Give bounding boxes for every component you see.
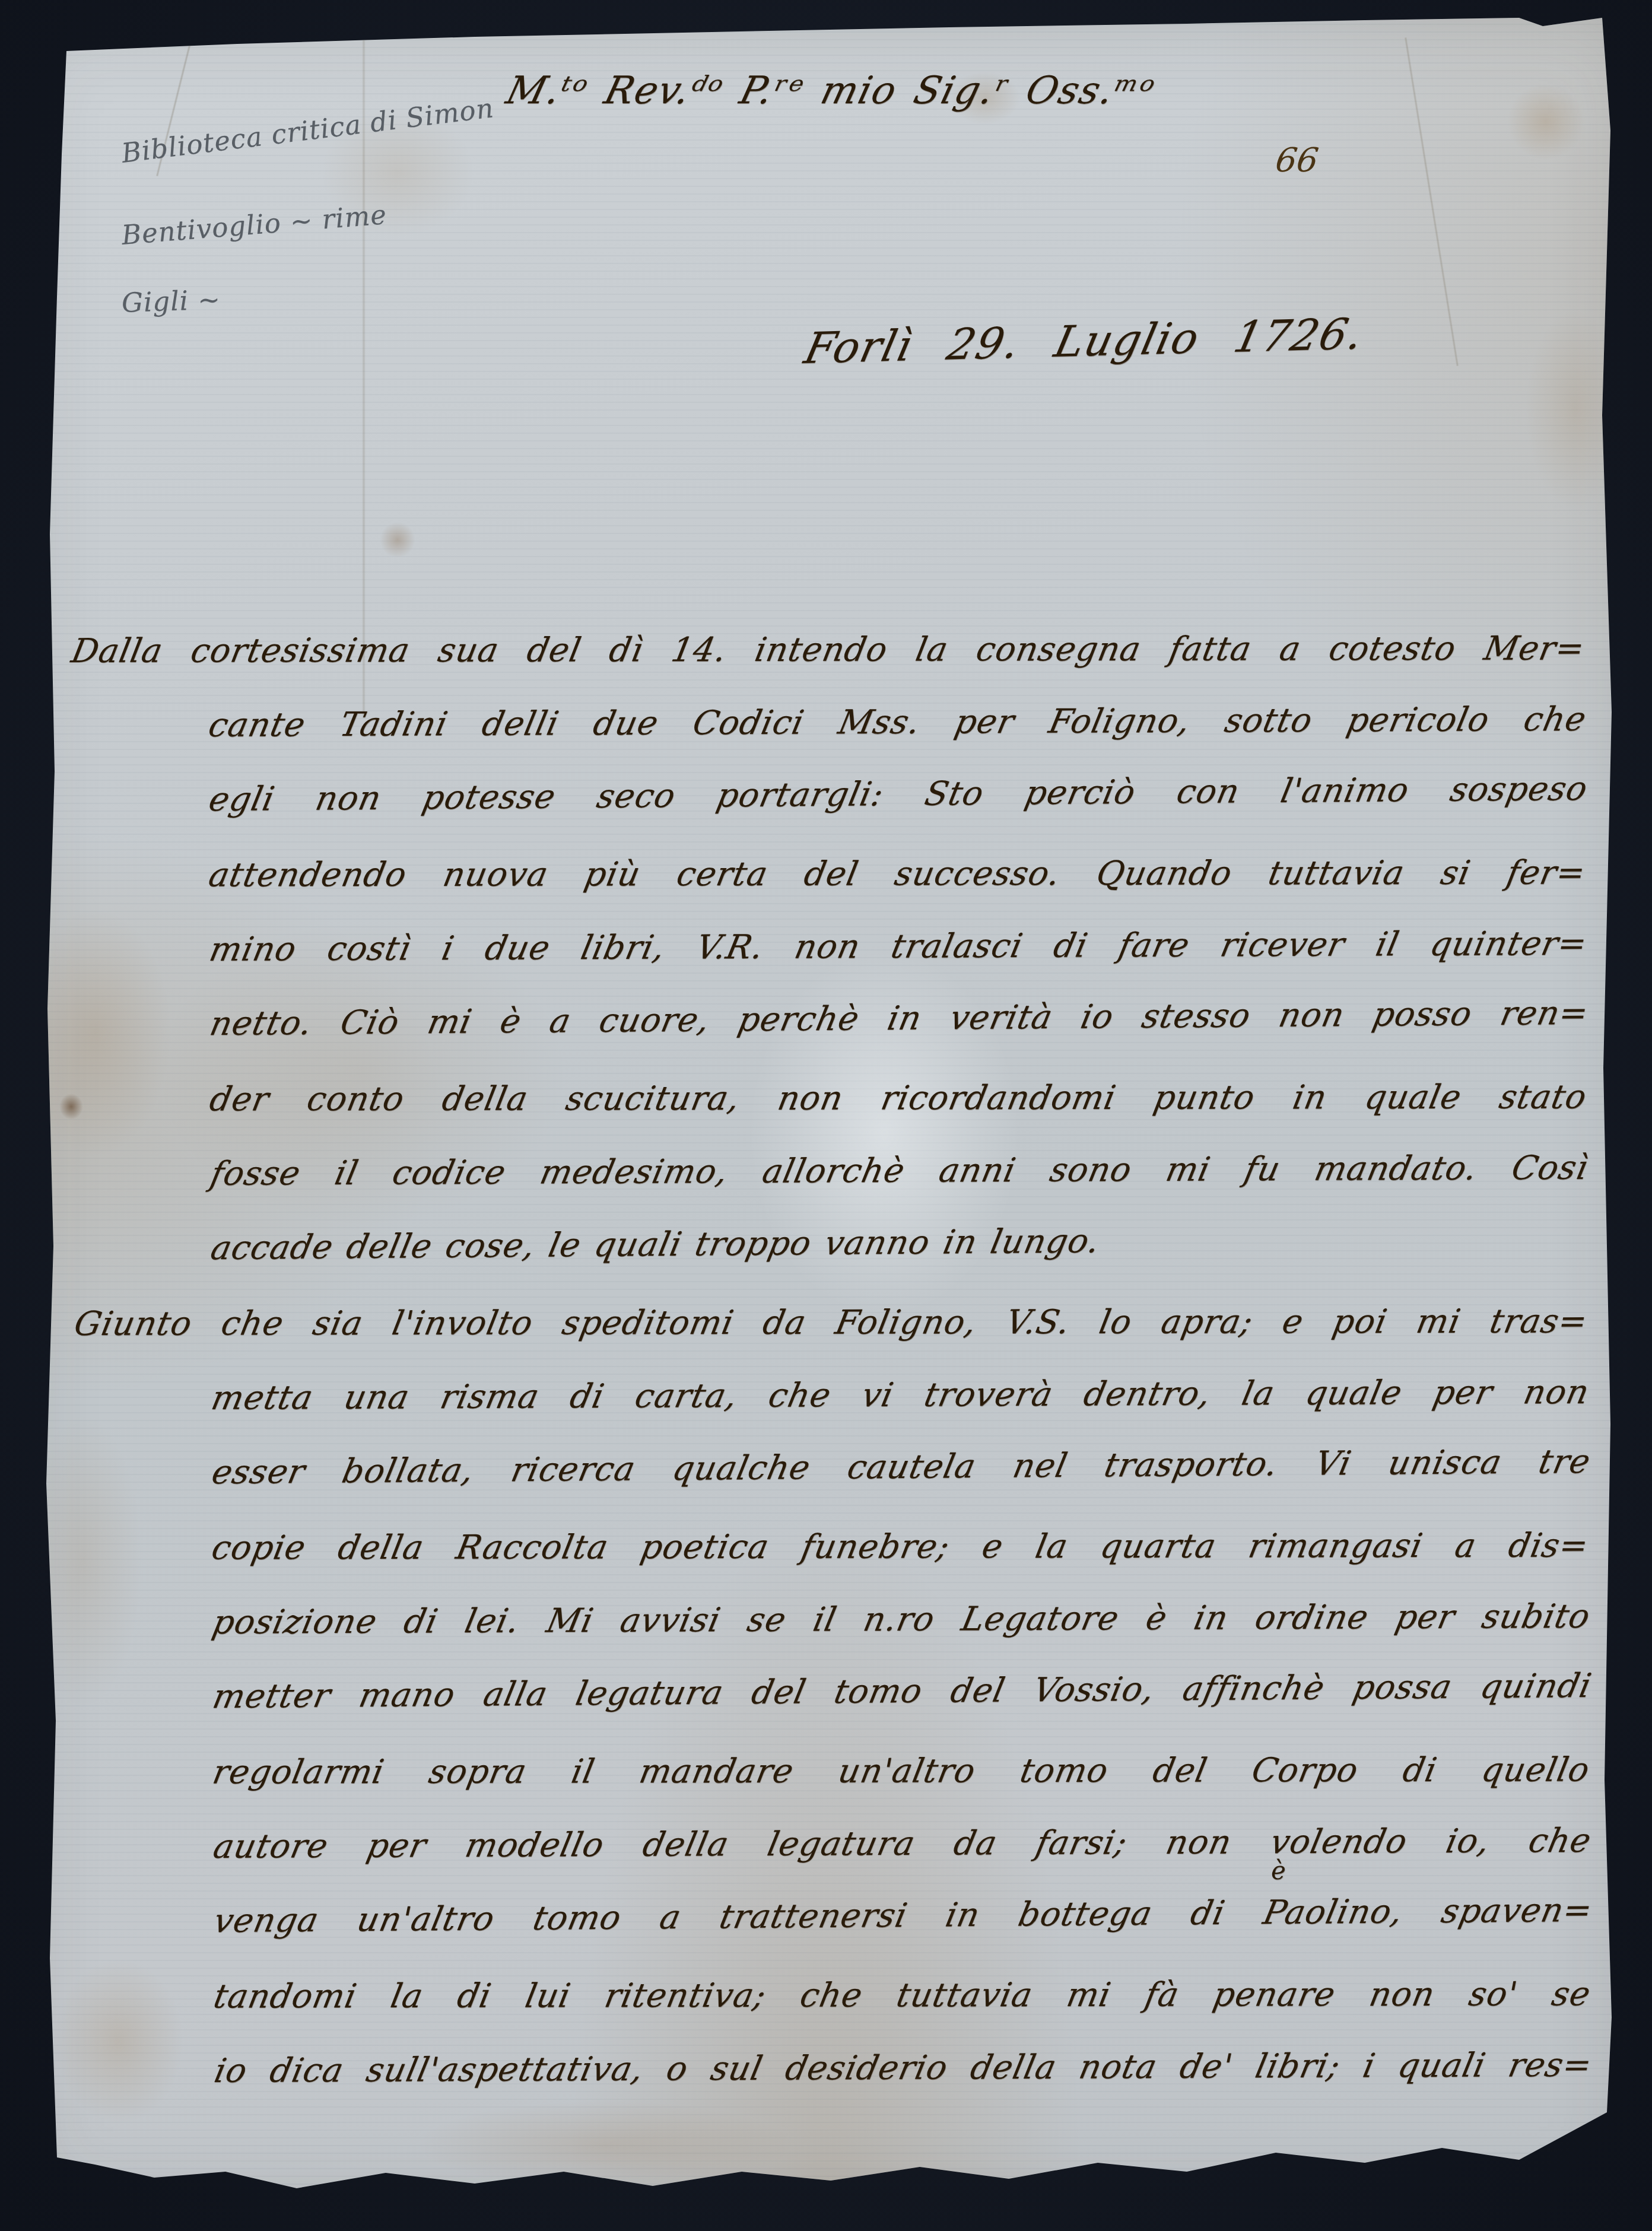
manuscript-line: esser bollata, ricerca qualche cautela n… <box>68 1423 1598 1509</box>
manuscript-line: Dalla cortesissima sua del dì 14. intend… <box>65 609 1592 687</box>
pencil-annotation: Biblioteca critica di Simon Bentivoglio … <box>122 138 668 339</box>
manuscript-line: regolarmi sopra il mandare un'altro tomo… <box>70 1731 1597 1809</box>
manuscript-line: posizione di lei. Mi avvisi se il n.ro L… <box>69 1578 1597 1659</box>
manuscript-paper: M.ᵗᵒ Rev.ᵈᵒ P.ʳᵉ mio Sig.ʳ Oss.ᵐᵒ 66 Bib… <box>0 0 1652 2231</box>
manuscript-line: autore per modello della legatura da far… <box>70 1802 1599 1883</box>
manuscript-line: der conto della scucitura, non ricordand… <box>67 1058 1594 1136</box>
manuscript-line: egli non potesse seco portargli: Sto per… <box>65 750 1595 837</box>
manuscript-line: io dica sull'aspettativa, o sul desideri… <box>71 2026 1600 2108</box>
manuscript-line: Giunto che sia l'involto speditomi da Fo… <box>68 1282 1595 1360</box>
manuscript-line: venga un'altro tomo a trattenersi in bot… <box>71 1871 1600 1958</box>
pencil-annotation-line: Gigli ~ <box>121 284 221 319</box>
manuscript-line: tandomi la di lui ritentiva; che tuttavi… <box>71 1955 1597 2033</box>
manuscript-line: metter mano alla legatura del tomo del V… <box>69 1647 1599 1734</box>
manuscript-line: copie della Raccolta poetica funebre; e … <box>69 1507 1596 1584</box>
letter-body: Dalla cortesissima sua del dì 14. intend… <box>66 606 1586 2108</box>
manuscript-line: metta una risma di carta, che vi troverà… <box>68 1353 1597 1435</box>
interlinear-insertion: è <box>1271 1856 1286 1885</box>
manuscript-line: attendendo nuova più certa del successo.… <box>66 834 1593 911</box>
pencil-annotation-line: Biblioteca critica di Simon <box>120 92 495 169</box>
stain <box>1507 83 1584 160</box>
pencil-annotation-line: Bentivoglio ~ rime <box>120 199 388 251</box>
manuscript-line: fosse il codice medesimo, allorchè anni … <box>67 1129 1596 1210</box>
paper-crease <box>1404 37 1459 366</box>
folio-number: 66 <box>1273 141 1320 180</box>
manuscript-line: mino costì i due libri, V.R. non tralasc… <box>66 905 1595 986</box>
salutation-line: M.ᵗᵒ Rev.ᵈᵒ P.ʳᵉ mio Sig.ʳ Oss.ᵐᵒ <box>496 46 1165 135</box>
manuscript-line: cante Tadini delli due Codici Mss. per F… <box>65 681 1594 762</box>
manuscript-line: netto. Ciò mi è a cuore, perchè in verit… <box>66 974 1596 1061</box>
dateline: Forlì 29. Luglio 1726. <box>800 309 1368 373</box>
stain <box>380 522 415 558</box>
manuscript-line: accade delle cose, le quali troppo vanno… <box>68 1199 1597 1285</box>
